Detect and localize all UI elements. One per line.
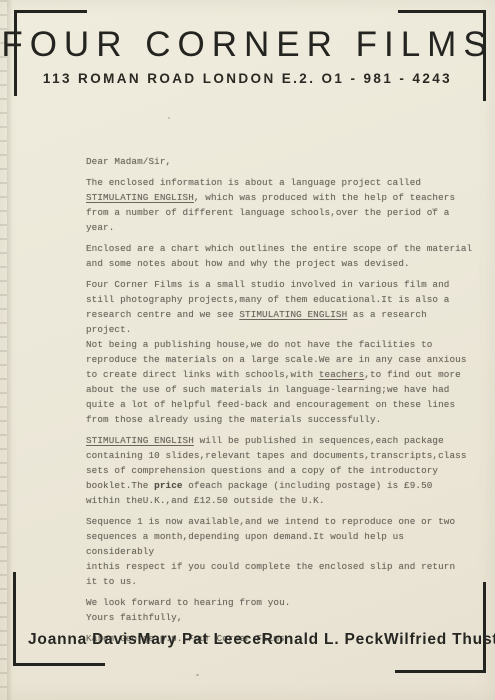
letter-paragraph: Dear Madam/Sir,: [86, 154, 476, 169]
letter-paragraph: Four Corner Films is a small studio invo…: [86, 277, 476, 427]
letterhead: FOUR CORNER FILMS 113 ROMAN ROAD LONDON …: [0, 26, 495, 86]
letter-body: Dear Madam/Sir,The enclosed information …: [86, 154, 476, 652]
torn-left-edge: [0, 0, 7, 700]
scanned-letter-page: FOUR CORNER FILMS 113 ROMAN ROAD LONDON …: [0, 0, 495, 700]
partner-name: Mary Pat Leece: [138, 631, 262, 649]
scan-speck: [196, 674, 199, 676]
partner-names-row: Joanna DavisMary Pat LeeceRonald L. Peck…: [28, 631, 472, 649]
company-address: 113 ROMAN ROAD LONDON E.2. O1 - 981 - 42…: [0, 71, 495, 86]
partner-name: Joanna Davis: [28, 631, 138, 649]
scan-speck: [168, 117, 170, 119]
company-name: FOUR CORNER FILMS: [0, 26, 495, 64]
scan-speck: [432, 208, 434, 210]
partner-name: Ronald L. Peck: [262, 631, 384, 649]
letter-paragraph: The enclosed information is about a lang…: [86, 175, 476, 235]
partner-name: Wilfried Thust: [384, 631, 495, 649]
letter-paragraph: We look forward to hearing from you. You…: [86, 595, 476, 625]
letter-paragraph: Enclosed are a chart which outlines the …: [86, 241, 476, 271]
letter-paragraph: STIMULATING ENGLISH will be published in…: [86, 433, 476, 508]
letter-paragraph: Sequence 1 is now available,and we inten…: [86, 514, 476, 589]
